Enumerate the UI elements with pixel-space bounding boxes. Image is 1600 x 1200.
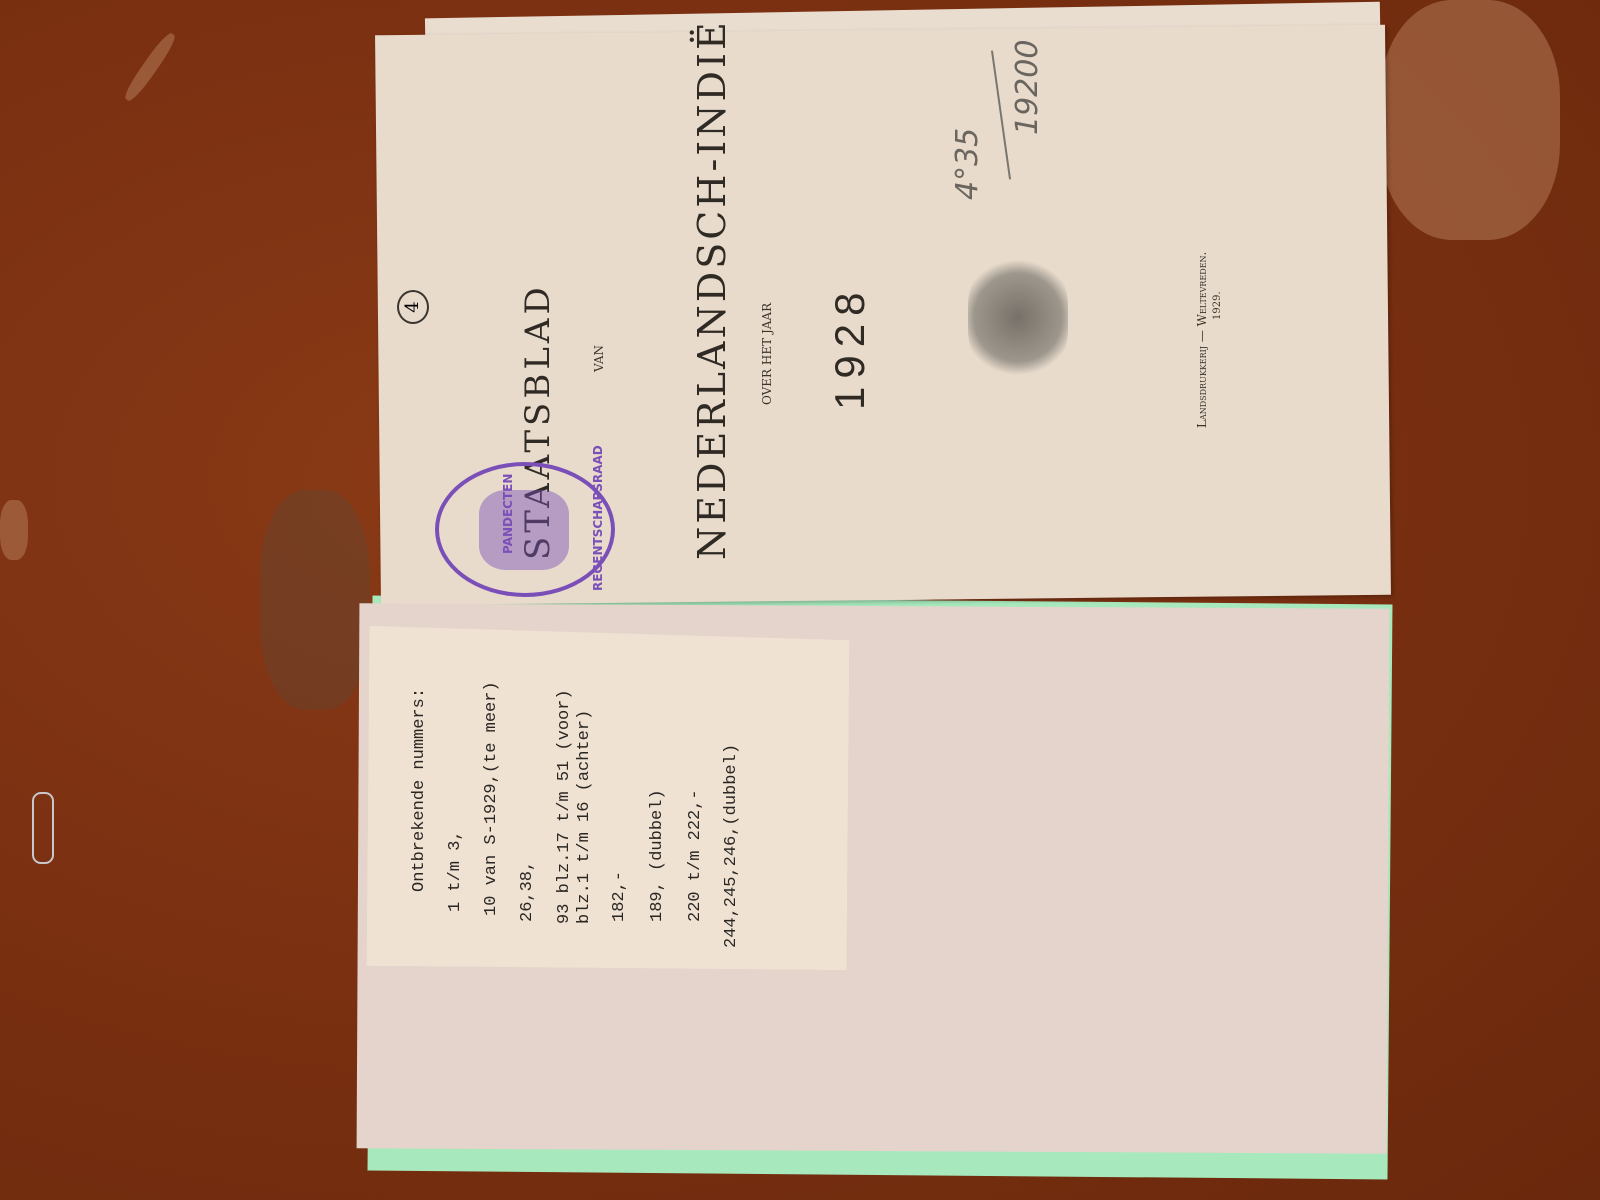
note-heading: Ontbrekende nummers: bbox=[410, 688, 429, 892]
table-scuff bbox=[121, 30, 178, 104]
year: 1928 bbox=[826, 285, 874, 410]
stamp-top-text: PANDECTEN bbox=[501, 474, 515, 554]
table-scuff bbox=[1380, 0, 1560, 240]
note-line: 220 t/m 222,- bbox=[686, 789, 705, 922]
printer: Landsdrukkerij — Weltevreden. bbox=[1195, 252, 1209, 428]
table-scuff bbox=[0, 500, 28, 560]
stamp: PANDECTEN REGENTSCHAPSRAAD bbox=[435, 462, 615, 597]
handwritten-note-1: 4°35 bbox=[950, 128, 985, 200]
note-line: 189, (dubbel) bbox=[648, 789, 667, 922]
note-line: 26,38, bbox=[518, 861, 537, 922]
note-line: 1 t/m 3, bbox=[446, 830, 465, 912]
note-line: 10 van S-1929,(te meer) bbox=[482, 681, 501, 916]
note-line: 93 blz.17 t/m 51 (voor) bbox=[555, 689, 574, 924]
title-line-2: NEDERLANDSCH-INDIË bbox=[690, 19, 734, 560]
note-line: 244,245,246,(dubbel) bbox=[722, 744, 741, 948]
note-line: 182,- bbox=[610, 871, 629, 922]
handwritten-note-2: 19200 bbox=[1010, 40, 1045, 135]
typed-note bbox=[367, 626, 850, 970]
table-scuff bbox=[260, 490, 370, 710]
title-van: VAN bbox=[592, 345, 606, 372]
note-line: blz.1 t/m 16 (achter) bbox=[575, 710, 594, 924]
page-mark: 4 bbox=[397, 290, 429, 324]
print-year: 1929. bbox=[1212, 291, 1223, 320]
coat-of-arms-icon bbox=[968, 255, 1068, 380]
paperclip-icon bbox=[32, 792, 54, 864]
stamp-bottom-text: REGENTSCHAPSRAAD bbox=[591, 445, 605, 591]
stamp-crest-icon bbox=[479, 490, 569, 570]
page-mark-number: 4 bbox=[398, 293, 428, 321]
over-het-jaar: OVER HET JAAR bbox=[760, 303, 774, 405]
